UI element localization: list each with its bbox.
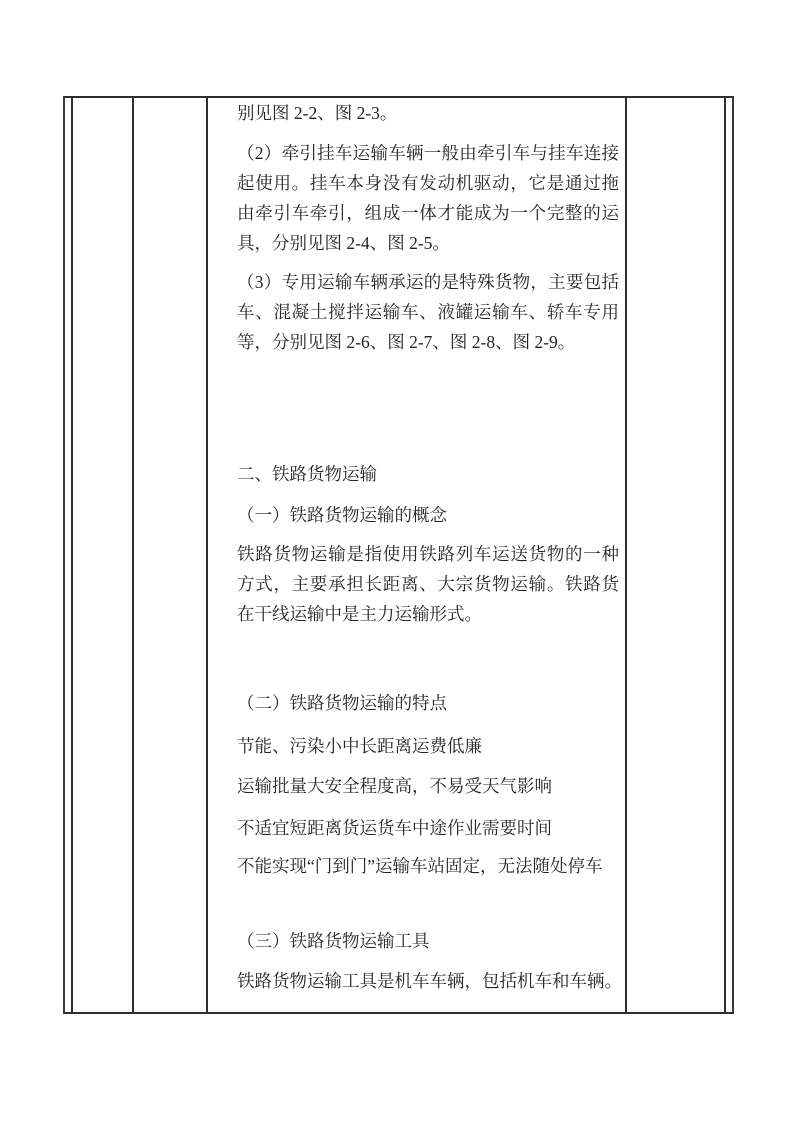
heading-line: 二、铁路货物运输 <box>237 459 619 489</box>
table-cell-content: 别见图 2-2、图 2-3。 （2）牵引挂车运输车辆一般由牵引车与挂车连接在一 … <box>208 98 627 1012</box>
feature-line-energy-saving: 节能、污染小中长距离运费低廉 <box>237 731 619 761</box>
content-table-inner: 别见图 2-2、图 2-3。 （2）牵引挂车运输车辆一般由牵引车与挂车连接在一 … <box>71 98 726 1012</box>
section-heading-railway-freight: 二、铁路货物运输 <box>237 459 619 489</box>
paragraph-line: 铁路货物运输工具是机车车辆，包括机车和车辆。 <box>237 966 619 996</box>
paragraph-line: 不能实现“门到门”运输车站固定，无法随处停车 <box>237 851 619 881</box>
paragraph-item-2-tractor-trailer: （2）牵引挂车运输车辆一般由牵引车与挂车连接在一 起使用。挂车本身没有发动机驱动… <box>237 138 619 258</box>
table-cell-left-1 <box>73 98 134 1012</box>
content-table: 别见图 2-2、图 2-3。 （2）牵引挂车运输车辆一般由牵引车与挂车连接在一 … <box>63 96 734 1014</box>
paragraph-line: 不适宜短距离货运货车中途作业需要时间 <box>237 813 619 843</box>
subsection-heading-tools: （三）铁路货物运输工具 <box>237 926 619 956</box>
table-cell-right <box>627 98 724 1012</box>
paragraph-railway-concept-body: 铁路货物运输是指使用铁路列车运送货物的一种运输 方式，主要承担长距离、大宗货物运… <box>237 539 619 629</box>
heading-line: （三）铁路货物运输工具 <box>237 926 619 956</box>
paragraph-line: 在干线运输中是主力运输形式。 <box>237 599 619 629</box>
feature-line-short-distance: 不适宜短距离货运货车中途作业需要时间 <box>237 813 619 843</box>
paragraph-line: 由牵引车牵引，组成一体才能成为一个完整的运输工 <box>237 198 619 228</box>
paragraph-line: 等，分别见图 2-6、图 2-7、图 2-8、图 2-9。 <box>237 327 619 357</box>
paragraph-line: 节能、污染小中长距离运费低廉 <box>237 731 619 761</box>
subsection-heading-characteristics: （二）铁路货物运输的特点 <box>237 688 619 718</box>
paragraph-line: 具，分别见图 2-4、图 2-5。 <box>237 228 619 258</box>
paragraph-line: 铁路货物运输是指使用铁路列车运送货物的一种运输 <box>237 539 619 569</box>
paragraph-line: 车、混凝土搅拌运输车、液罐运输车、轿车专用运输车 <box>237 297 619 327</box>
paragraph-line: （3）专用运输车辆承运的是特殊货物，主要包括冷藏 <box>237 267 619 297</box>
paragraph-continuation: 别见图 2-2、图 2-3。 <box>237 98 619 128</box>
table-cell-left-2 <box>134 98 208 1012</box>
feature-line-large-batch: 运输批量大安全程度高，不易受天气影响 <box>237 771 619 801</box>
paragraph-item-3-special-vehicles: （3）专用运输车辆承运的是特殊货物，主要包括冷藏 车、混凝土搅拌运输车、液罐运输… <box>237 267 619 357</box>
paragraph-line: 起使用。挂车本身没有发动机驱动，它是通过拖挂装置， <box>237 168 619 198</box>
heading-line: （一）铁路货物运输的概念 <box>237 500 619 530</box>
feature-line-door-to-door: 不能实现“门到门”运输车站固定，无法随处停车 <box>237 851 619 881</box>
paragraph-line: 别见图 2-2、图 2-3。 <box>237 98 619 128</box>
subsection-heading-concept: （一）铁路货物运输的概念 <box>237 500 619 530</box>
paragraph-railway-tools-body: 铁路货物运输工具是机车车辆，包括机车和车辆。 <box>237 966 619 996</box>
paragraph-line: （2）牵引挂车运输车辆一般由牵引车与挂车连接在一 <box>237 138 619 168</box>
heading-line: （二）铁路货物运输的特点 <box>237 688 619 718</box>
paragraph-line: 方式，主要承担长距离、大宗货物运输。铁路货物运输 <box>237 569 619 599</box>
document-page: 别见图 2-2、图 2-3。 （2）牵引挂车运输车辆一般由牵引车与挂车连接在一 … <box>0 0 793 1122</box>
paragraph-line: 运输批量大安全程度高，不易受天气影响 <box>237 771 619 801</box>
